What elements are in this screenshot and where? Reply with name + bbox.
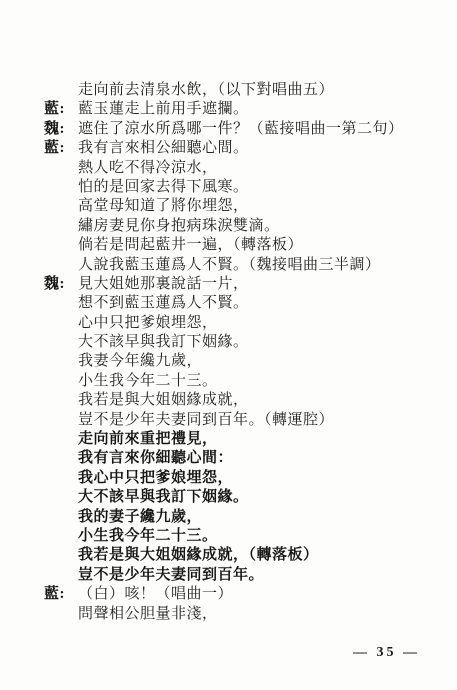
line-text: 怕的是回家去得下風寒。 xyxy=(78,178,249,197)
script-line: 心中只把爹娘埋怨， xyxy=(44,314,434,333)
script-line: 我的妻子纔九歲， xyxy=(44,508,434,527)
line-text: 大不該早與我訂下姻緣。 xyxy=(78,488,249,507)
script-line: 高堂母知道了將你埋怨， xyxy=(44,197,434,216)
line-text: 熱人吃不得冷涼水， xyxy=(78,159,218,178)
script-content: 走向前去清泉水飲，（以下對唱曲五）藍:藍玉蓮走上前用手遮攔。魏:遮住了涼水所爲哪… xyxy=(44,81,434,624)
line-text: 豈不是少年夫妻同到百年。（轉運腔） xyxy=(78,411,334,430)
speaker-label: 藍: xyxy=(44,100,78,119)
speaker-label: 藍: xyxy=(44,139,78,158)
line-text: 我若是與大姐姻緣成就，（轉落板） xyxy=(78,546,319,565)
line-text: 遮住了涼水所爲哪一件？（藍接唱曲一第二句） xyxy=(78,120,404,139)
script-line: 問聲相公胆量非淺， xyxy=(44,605,434,624)
line-text: 我心中只把爹娘埋怨， xyxy=(78,469,233,488)
script-line: 我妻今年纔九歲， xyxy=(44,352,434,371)
script-line: 豈不是少年夫妻同到百年。（轉運腔） xyxy=(44,411,434,430)
line-text: 想不到藍玉蓮爲人不賢。 xyxy=(78,294,249,313)
line-text: 走向前來重把禮見， xyxy=(78,430,218,449)
speaker-label: 魏: xyxy=(44,275,78,294)
line-text: 繡房妻見你身抱病珠淚雙滴。 xyxy=(78,217,280,236)
line-text: 小生我今年二十三。 xyxy=(78,372,218,391)
line-text: 我有言來相公細聽心間。 xyxy=(78,139,249,158)
script-line: 魏:遮住了涼水所爲哪一件？（藍接唱曲一第二句） xyxy=(44,120,434,139)
script-line: 藍:藍玉蓮走上前用手遮攔。 xyxy=(44,100,434,119)
line-text: 我若是與大姐姻緣成就， xyxy=(78,391,249,410)
script-line: 我有言來你細聽心間： xyxy=(44,449,434,468)
line-text: 問聲相公胆量非淺， xyxy=(78,605,218,624)
speaker-label: 藍: xyxy=(44,585,78,604)
script-line: 藍:（白）咳！（唱曲一） xyxy=(44,585,434,604)
speaker-label: 魏: xyxy=(44,120,78,139)
script-line: 怕的是回家去得下風寒。 xyxy=(44,178,434,197)
line-text: 我妻今年纔九歲， xyxy=(78,352,202,371)
script-line: 豈不是少年夫妻同到百年。 xyxy=(44,566,434,585)
script-line: 小生我今年二十三。 xyxy=(44,372,434,391)
line-text: 豈不是少年夫妻同到百年。 xyxy=(78,566,264,585)
script-line: 藍:我有言來相公細聽心間。 xyxy=(44,139,434,158)
script-line: 我心中只把爹娘埋怨， xyxy=(44,469,434,488)
line-text: 見大姐她那裏說話一片， xyxy=(78,275,249,294)
script-line: 大不該早與我訂下姻緣。 xyxy=(44,488,434,507)
script-line: 大不該早與我訂下姻緣。 xyxy=(44,333,434,352)
line-text: 心中只把爹娘埋怨， xyxy=(78,314,218,333)
script-line: 我若是與大姐姻緣成就， xyxy=(44,391,434,410)
document-page: 走向前去清泉水飲，（以下對唱曲五）藍:藍玉蓮走上前用手遮攔。魏:遮住了涼水所爲哪… xyxy=(0,0,457,690)
script-line: 魏:見大姐她那裏說話一片， xyxy=(44,275,434,294)
script-line: 走向前去清泉水飲，（以下對唱曲五） xyxy=(44,81,434,100)
line-text: 小生我今年二十三。 xyxy=(78,527,218,546)
line-text: 我有言來你細聽心間： xyxy=(78,449,233,468)
script-line: 小生我今年二十三。 xyxy=(44,527,434,546)
line-text: 人說我藍玉蓮爲人不賢。（魏接唱曲三半調） xyxy=(78,256,381,275)
line-text: 倘若是問起藍井一遍，（轉落板） xyxy=(78,236,303,255)
line-text: 大不該早與我訂下姻緣。 xyxy=(78,333,249,352)
script-line: 我若是與大姐姻緣成就，（轉落板） xyxy=(44,546,434,565)
line-text: 高堂母知道了將你埋怨， xyxy=(78,197,249,216)
line-text: 藍玉蓮走上前用手遮攔。 xyxy=(78,100,249,119)
page-number: — 35 — xyxy=(353,645,420,661)
line-text: （白）咳！（唱曲一） xyxy=(78,585,233,604)
script-line: 熱人吃不得冷涼水， xyxy=(44,159,434,178)
script-line: 倘若是問起藍井一遍，（轉落板） xyxy=(44,236,434,255)
script-line: 繡房妻見你身抱病珠淚雙滴。 xyxy=(44,217,434,236)
script-line: 走向前來重把禮見， xyxy=(44,430,434,449)
line-text: 我的妻子纔九歲， xyxy=(78,508,202,527)
script-line: 想不到藍玉蓮爲人不賢。 xyxy=(44,294,434,313)
script-line: 人說我藍玉蓮爲人不賢。（魏接唱曲三半調） xyxy=(44,256,434,275)
line-text: 走向前去清泉水飲，（以下對唱曲五） xyxy=(78,81,334,100)
